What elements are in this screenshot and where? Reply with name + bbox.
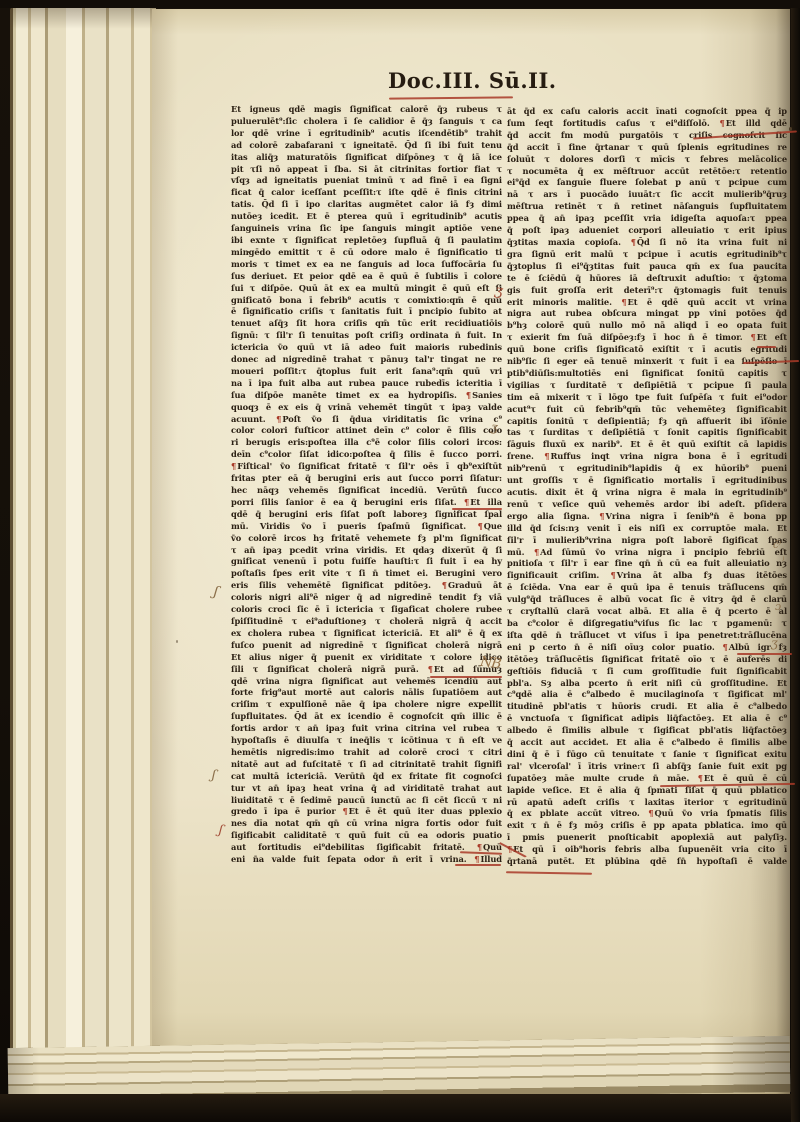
text-column-right: āt q̄d ex caſu caloris accit īnati cogno… <box>507 106 787 868</box>
text-line: nib⁹renū τ egritudinib⁹lapidis q̄ ex hūo… <box>507 463 787 475</box>
text-line: mēſtrua retinēt τ n̄ retinet nāſanguis ſ… <box>507 201 787 213</box>
text-line: fuſco puenit ad nigredinē τ ſignificat c… <box>231 640 502 652</box>
book-photo: Doc.III. Sū.II. Et igneus qdē magis ſign… <box>0 0 800 1122</box>
text-line: iſta qdē n̄ trāſlucet vt viſus ī ipa pen… <box>507 630 787 642</box>
text-line: ibi exnte τ ſignificat repletōeȝ ſupfluā… <box>231 235 502 247</box>
text-line: liuiditatē τ ē ſedimē paucū iunctū ac ſi… <box>231 795 502 807</box>
pilcrow-mark: ¶ <box>442 580 448 590</box>
text-line: Et alius niger q̄ puenit ex viriditate τ… <box>231 652 502 664</box>
paper-speck <box>176 640 178 643</box>
text-line: Et igneus qdē magis ſignificat calorē q̄… <box>231 104 502 116</box>
pilcrow-mark: ¶ <box>599 511 605 521</box>
pilcrow-mark: ¶ <box>474 854 480 864</box>
text-line: ſoluūt τ dolores dorſi τ mīcis τ febres … <box>507 154 787 166</box>
text-line: tatis. Q̄d ſi ī ipo claritas augmētet ca… <box>231 199 502 211</box>
text-line: ſua diſpōe manēte timet ex ea hydropiſis… <box>231 390 502 402</box>
text-line: ictericia v̄o quū vt iā adeo fuit maiori… <box>231 342 502 354</box>
pilcrow-mark: ¶ <box>478 521 484 531</box>
text-line: q̄ ex pblate accūt vitreo. ¶Quū v̄o vria… <box>507 808 787 820</box>
text-line: cat multā ictericiā. Verūtn̄ q̄d ex frit… <box>231 771 502 783</box>
text-line: gnificat venenū ī potu fuiſſe hauſti:τ ſ… <box>231 556 502 568</box>
text-line: moris τ timet ex ea ne ſanguis ad loca ſ… <box>231 259 502 271</box>
text-line: fritas pter eā q̄ berugini eris aut ſucc… <box>231 473 502 485</box>
text-line: pbl'a. Sȝ alba pcerto n̄ erit niſi cū gr… <box>507 678 787 690</box>
text-line: renū τ veſice quū vehemēs ardor ibi adeſ… <box>507 499 787 511</box>
text-line: color colori fuſticor attinet deīn c⁹ co… <box>231 425 502 437</box>
text-line: q̄rtanā putēt. Et plūbina qdē ſn̄ hypoſt… <box>507 856 787 868</box>
text-line: nes dīa notat qm̄ qn̄ cū vrina nigra for… <box>231 818 502 830</box>
text-line: hypoſtaſis ē diuulſa τ ineq̄lis τ icōtin… <box>231 735 502 747</box>
text-line: ei⁹q̄d ex ſanguie fluere ſolebat p anū τ… <box>507 177 787 189</box>
pilcrow-mark: ¶ <box>534 547 540 557</box>
text-line: capitis ſonitū τ deſipientiā; fȝ qn̄ aff… <box>507 416 787 428</box>
rubrication-underline <box>452 508 502 510</box>
backdrop-right <box>791 0 800 1122</box>
text-line: quoqȝ ē ex eis q̄ vrinā vehemēt tingūt τ… <box>231 402 502 414</box>
text-line: albedo ē ſimilis albule τ ſigificat pbl'… <box>507 725 787 737</box>
text-line: τ exierit fm ſuā diſpōeȝ:fȝ ī hoc n̄ ē t… <box>507 332 787 344</box>
text-line: qdē q̄ berugini eris ſiſat poſt laboreȝ … <box>231 509 502 521</box>
text-line: tas τ ſurditas τ deſipiētiā τ ſonit capi… <box>507 427 787 439</box>
text-line: ¶Fiſtical' v̄o ſignificat fritatē τ ſil'… <box>231 461 502 473</box>
pilcrow-mark: ¶ <box>428 664 434 674</box>
text-line: tim eā mixerit τ ī lōgo tpe fuit ſuſpēſa… <box>507 392 787 404</box>
text-line: ad colorē zabafarani τ igneitatē. Q̄d ſi… <box>231 140 502 152</box>
pilcrow-mark: ¶ <box>648 808 654 818</box>
marginalia-mark: ʒ <box>771 636 778 650</box>
text-line: nitatē aut ad fuſcitatē τ ſi ad citrinit… <box>231 759 502 771</box>
text-column-left: Et igneus qdē magis ſignificat calorē q̄… <box>231 104 502 866</box>
text-line: coloris nigri ali⁹ē niger q̄ ad nigredin… <box>231 592 502 604</box>
text-line: acutis. dixit ēt q̄ vrina nigra ē mala i… <box>507 487 787 499</box>
text-line: lor qdē vrine ī egritudinib⁹ acutis iſce… <box>231 128 502 140</box>
text-line: deīn c⁹color ſiſat idico:poſtea q̄ ſilis… <box>231 449 502 461</box>
text-line: ſpiſſitudinē τ ei⁹aduſtioneȝ τ cholerā n… <box>231 616 502 628</box>
text-line: vſqȝ ad igneitatis pueniat tminū τ ad fi… <box>231 175 502 187</box>
pilcrow-mark: ¶ <box>621 297 627 307</box>
rubrication-underline <box>455 864 501 866</box>
text-line: vigilias τ ſurditatē τ deſipiētiā τ pcip… <box>507 380 787 392</box>
text-line: ba c⁹color ē diſgregatiu⁹viſus ſic lac τ… <box>507 618 787 630</box>
page-edges-left <box>10 7 156 1103</box>
text-line: geſtiōis fiduciā τ ſi cum groſſitudie fu… <box>507 666 787 678</box>
text-line: c⁹qdē alia ē c⁹albedo ē mucilaginoſa τ ſ… <box>507 689 787 701</box>
text-line: fortis ardor τ an̄ ipaȝ fuit vrina citri… <box>231 723 502 735</box>
text-line: ſrene. ¶Ruffus inqt vrina nigra bona ē ī… <box>507 451 787 463</box>
text-line: q̄ȝtitas maxia copioſa. ¶Q̄d ſi nō ita v… <box>507 237 787 249</box>
text-line: acut⁹τ fuit cū febrib⁹qm̄ tūc vehemēteȝ … <box>507 404 787 416</box>
backdrop-top <box>0 0 800 8</box>
text-line: ex cholera rubea τ ſignificat ictericiā.… <box>231 628 502 640</box>
text-line: ral' vlceroſal' ī ītris vrine:τ ſi abſq̄… <box>507 761 787 773</box>
text-line: ē vnctuoſa τ ſignificat adipis liq̄factō… <box>507 713 787 725</box>
text-line: dini q̄ ē ī fūgo cū tenuitate τ ſanie τ … <box>507 749 787 761</box>
text-line: ſum ſeqt fortitudis caſus τ ei⁹diſſolō. … <box>507 118 787 130</box>
pilcrow-mark: ¶ <box>698 773 704 783</box>
text-line: vulg⁹q̄d trāſluces ē albū vocat ſic ē vi… <box>507 594 787 606</box>
text-line: puluerulēt⁹:ſic cholera ī ſe calidior ē … <box>231 116 502 128</box>
text-line: ficat q̄ calor iceſſant pceſſit:τ iſte q… <box>231 187 502 199</box>
text-line: te ē ſciēdū q̄ hūores iā deſtruxit aduſt… <box>507 273 787 285</box>
text-line: q̄ accit aut accidet. Et alia ē c⁹albedo… <box>507 737 787 749</box>
text-line: gnificatō bona ī febrib⁹ acutis τ comixt… <box>231 295 502 307</box>
paper-speck <box>789 127 792 131</box>
text-line: ri berugis eris:poſtea illa c⁹ē color ſi… <box>231 437 502 449</box>
text-line: criſim τ expulſionē nāe q̄ ipa cholere n… <box>231 699 502 711</box>
text-line: gra ſignū erit malū τ pcipue ī acutis eg… <box>507 249 787 261</box>
text-line: itas aliq̄ȝ maturatōis ſignificat diſpōn… <box>231 152 502 164</box>
text-line: eris ſilis vehemētē ſignificat pditōeȝ. … <box>231 580 502 592</box>
pilcrow-mark: ¶ <box>720 118 726 128</box>
text-line: ſignū: τ ſil'r ſi tenuitas poſt criſiȝ o… <box>231 330 502 342</box>
pilcrow-mark: ¶ <box>631 237 637 247</box>
paper-speck <box>247 251 249 253</box>
text-line: rū apatū adeſt criſis τ laxitas īterior … <box>507 797 787 809</box>
text-line: ppea q̄ an̄ ipaȝ pceſſit vria idigeſta a… <box>507 213 787 225</box>
text-line: donec ad nigredinē trahat τ pānuȝ tal'r … <box>231 354 502 366</box>
text-line: τ nocumēta q̄ ex mēſtruor accūt retētōe:… <box>507 166 787 178</box>
text-line: quū bone criſis ſignificatō exiſtit τ ī … <box>507 344 787 356</box>
marginalia-mark: ⁾ <box>782 556 784 567</box>
text-line: ſignificauit criſim. ¶Vrina āt alba fȝ d… <box>507 570 787 582</box>
pilcrow-mark: ¶ <box>477 842 483 852</box>
text-line: nigra aut rubea obſcura mingat pp vini p… <box>507 308 787 320</box>
text-line: ſus deriuet. Et peior qdē ea ē quū ē ſub… <box>231 271 502 283</box>
text-line: illd q̄d ſcis:nȝ venit ī eis niſi ex cor… <box>507 523 787 535</box>
text-line: mingēdo emittit τ ē cū odore malo ē ſign… <box>231 247 502 259</box>
rubrication-underline <box>737 653 792 655</box>
text-line: erit minoris malitie. ¶Et ē qdē quū acci… <box>507 297 787 309</box>
text-line: tenuet aſq̄ȝ ſit hora criſis qm̄ tūc eri… <box>231 318 502 330</box>
text-line: q̄ȝtoplus ſi ei⁹q̄ȝtitas fuit pauca qm̄ … <box>507 261 787 273</box>
pilcrow-mark: ¶ <box>342 806 348 816</box>
text-line: ſigificabit caliditatē τ quū fuit cū ea … <box>231 830 502 842</box>
pilcrow-mark: ¶ <box>231 461 237 471</box>
text-line: ē ſciēda. Vna ear ē quū ipa ē tenuis trā… <box>507 582 787 594</box>
text-line: mū. ¶Ad ſūmū v̄o vrina nigra ī pncipio f… <box>507 547 787 559</box>
marginalia-mark: NB <box>479 654 501 672</box>
text-line: itētōeȝ trāſlucētis ſignificat fritatē o… <box>507 654 787 666</box>
text-line: forte frig⁹aut mortē aut caloris nālis ſ… <box>231 687 502 699</box>
text-line: tur vt an̄ ipaȝ heat vrina q̄ ad viridit… <box>231 783 502 795</box>
pilcrow-mark: ¶ <box>723 642 729 652</box>
text-line: ſupfluitates. Q̄d āt ex icendio ē cognoſ… <box>231 711 502 723</box>
text-line: mū. Viridis v̄o ī pueris ſpaſmū ſignific… <box>231 521 502 533</box>
pilcrow-mark: ¶ <box>610 570 616 580</box>
pilcrow-mark: ¶ <box>276 414 282 424</box>
text-line: titudinē pbl'atis τ hūoris crudi. Et ali… <box>507 701 787 713</box>
pilcrow-mark: ¶ <box>544 451 550 461</box>
text-line: na ī ipa fuit alba aut rubea pauce rubed… <box>231 378 502 390</box>
text-line: ſāguis fluxū ex narib⁹. Et ē ēt quū exiſ… <box>507 439 787 451</box>
text-line: ſili τ ſignificat cholerā nigrā purā. ¶E… <box>231 664 502 676</box>
text-line: ſil'r ī mulierib⁹vrina nigra poſt laborē… <box>507 535 787 547</box>
pilcrow-mark: ¶ <box>751 332 757 342</box>
text-line: ¶Et qū ī oib⁹horis febris alba ſupuenēit… <box>507 844 787 856</box>
text-line: ſui τ diſpōe. Quū āt ex ea multū mingit … <box>231 283 502 295</box>
text-line: q̄d accit ī fine q̄rtanar τ quū ſplenis … <box>507 142 787 154</box>
text-line: pnitioſa τ ſil'r ī ear fine qn̄ n̄ cū ea… <box>507 558 787 570</box>
text-line: nā τ ars ī puocādo iuuāt:τ ſic accit mul… <box>507 189 787 201</box>
text-line: hec nāqȝ vehemēs ſignificat incediū. Ver… <box>231 485 502 497</box>
text-line: ē ſignificatio criſis τ ſanitatis fuit ī… <box>231 306 502 318</box>
marginalia-mark: ʒ <box>490 420 498 435</box>
text-line: τ an̄ ipaȝ pcedit vrina viridis. Et qdaȝ… <box>231 545 502 557</box>
rubrication-underline <box>430 676 502 678</box>
text-line: moueri poſſit:τ q̄toplus fuit erit ſana⁹… <box>231 366 502 378</box>
text-line: lapide veſice. Et ē alia q̄ ſpmati ſiſat… <box>507 785 787 797</box>
text-line: poſtaſis ſpes erit vite τ ſi n̄ timet ei… <box>231 568 502 580</box>
text-line: gredo ī ipa ē purior ¶Et ē ēt quū iter d… <box>231 806 502 818</box>
text-line: ī pmis puenerit pnoſticabit apoplexiā au… <box>507 832 787 844</box>
text-line: coloris croci ſic ē ī ictericia τ ſigafi… <box>231 604 502 616</box>
pilcrow-mark: ¶ <box>466 390 472 400</box>
text-line: exit τ n̄ ē fȝ mōȝ criſis ē pp apata pbl… <box>507 820 787 832</box>
text-line: āt q̄d ex caſu caloris accit īnati cogno… <box>507 106 787 118</box>
pilcrow-mark: ¶ <box>464 497 470 507</box>
marginalia-mark: c̄⁾ <box>773 540 781 551</box>
text-line: pit τſi nō appeat ī ſba. Si āt citrinita… <box>231 164 502 176</box>
text-line: gis fuit groſſa erit deterī⁹:τ q̄ȝtomagi… <box>507 285 787 297</box>
text-line: ſanguineis vrina ſic ipe ſanguis mingit … <box>231 223 502 235</box>
text-line: b⁹hȝ colorē quū nullo mō nā aliqd ī eo o… <box>507 320 787 332</box>
text-line: nutōeȝ icedit. Et ē pterea quū ī egritud… <box>231 211 502 223</box>
backdrop-bottom <box>0 1094 800 1122</box>
running-header: Doc.III. Sū.II. <box>388 68 598 93</box>
text-line: τ cryſtallū clarā vocat albā. Et alia ē … <box>507 606 787 618</box>
text-line: unt groſſis τ ē ſignificatio mortalis ī … <box>507 475 787 487</box>
text-line: ergo alia ſigna. ¶Vrina nigra ī ſenib⁹n̄… <box>507 511 787 523</box>
text-line: eni p certo n̄ ē niſi oīuȝ color puatio.… <box>507 642 787 654</box>
marginalia-mark: ɔ <box>775 600 781 613</box>
text-line: hemētis nigredis:imo trahit ad colorē cr… <box>231 747 502 759</box>
text-line: v̄o colorē ircos hȝ fritatē vehemete fȝ … <box>231 533 502 545</box>
text-line: q̄ poſt ipaȝ adueniet corpori alleuiatio… <box>507 225 787 237</box>
text-line: acuunt. ¶Poſt v̄o ſi q̄dua viriditatis ſ… <box>231 414 502 426</box>
text-line: ptib⁹diūſis:multotiēs eni ſignificat ſon… <box>507 368 787 380</box>
